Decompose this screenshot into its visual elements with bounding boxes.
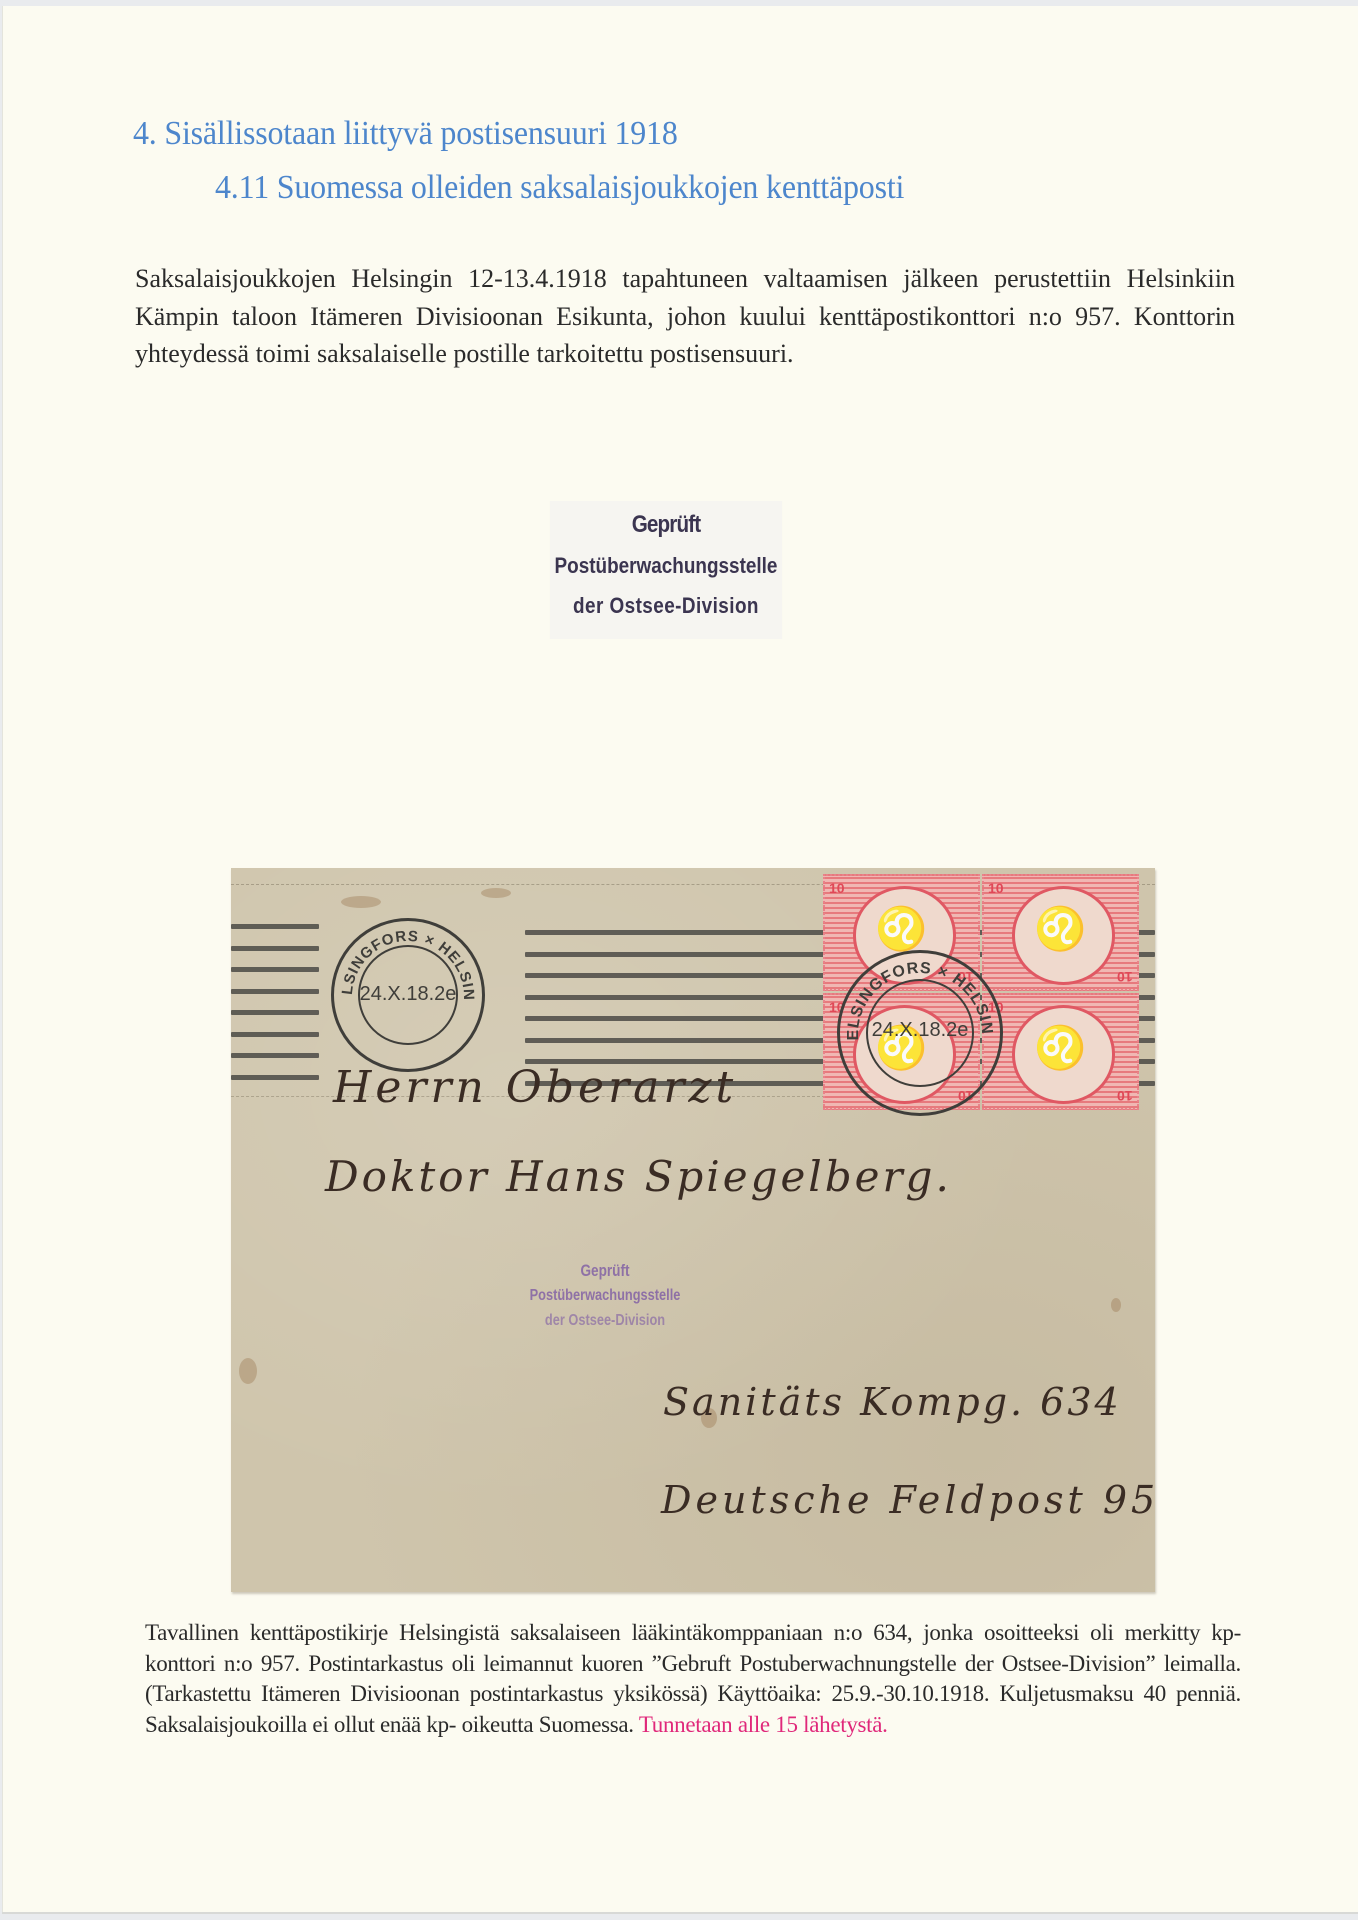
intro-paragraph: Saksalaisjoukkojen Helsingin 12-13.4.191… — [135, 260, 1235, 373]
page-heading: 4. Sisällissotaan liittyvä postisensuuri… — [133, 114, 678, 154]
stain — [341, 896, 381, 908]
address-line-4: Deutsche Feldpost 957. — [661, 1478, 1155, 1522]
censor-mark-line-3: der Ostsee-Division — [509, 1308, 701, 1333]
censor-stamp-line-1: Geprüft — [550, 511, 782, 539]
stamp-denomination: 10 — [988, 880, 1004, 896]
censor-stamp-line-2: Postüberwachungsstelle — [550, 553, 782, 579]
postage-stamp: ♌ 10 10 — [982, 993, 1139, 1110]
postmark-on-stamps: HELSINGFORS × HELSINKI 24.X.18.2e — [837, 950, 1003, 1116]
postmark-left: HELSINGFORS × HELSINKI 24.X.18.2e — [331, 918, 485, 1072]
stamp-denomination: 10 — [1117, 969, 1133, 985]
address-line-1-text: Herrn Oberarzt — [333, 1062, 737, 1113]
lion-coat-of-arms-icon: ♌ — [984, 905, 1137, 954]
page-subheading: 4.11 Suomessa olleiden saksalaisjoukkoje… — [215, 168, 904, 208]
censor-stamp-line-3: der Ostsee-Division — [550, 593, 782, 619]
stain — [481, 888, 511, 898]
censor-mark-line-1: Geprüft — [509, 1258, 701, 1283]
censor-mark: Geprüft Postüberwachungsstelle der Ostse… — [509, 1258, 701, 1333]
envelope-cover: ♌ 10 10 ♌ 10 10 ♌ 10 10 ♌ 10 10 — [231, 868, 1155, 1592]
postage-stamp: ♌ 10 10 — [982, 874, 1139, 991]
address-line-3: Sanitäts Kompg. 634 — [663, 1380, 1122, 1424]
censor-stamp-sample: Geprüft Postüberwachungsstelle der Ostse… — [550, 501, 782, 639]
stamp-denomination: 10 — [829, 880, 845, 896]
address-line-1: Herrn Oberarzt — [333, 1062, 737, 1113]
intro-text: Saksalaisjoukkojen Helsingin 12-13.4.191… — [135, 260, 1235, 373]
postmark-date: 24.X.18.2e — [840, 1019, 1000, 1042]
address-line-2: Doktor Hans Spiegelberg. — [325, 1152, 952, 1201]
censor-mark-line-2: Postüberwachungsstelle — [509, 1283, 701, 1308]
machine-cancel-lines — [231, 924, 319, 1096]
stain — [1111, 1298, 1121, 1312]
caption: Tavallinen kenttäpostikirje Helsingistä … — [145, 1618, 1241, 1740]
lion-coat-of-arms-icon: ♌ — [825, 905, 978, 954]
caption-highlight: Tunnetaan alle 15 lähetystä. — [639, 1712, 888, 1737]
caption-paragraph: Tavallinen kenttäpostikirje Helsingistä … — [145, 1618, 1241, 1740]
postmark-date: 24.X.18.2e — [334, 983, 482, 1006]
stain — [239, 1358, 257, 1384]
album-page: 4. Sisällissotaan liittyvä postisensuuri… — [2, 6, 1358, 1912]
stamp-denomination: 10 — [1117, 1088, 1133, 1104]
lion-coat-of-arms-icon: ♌ — [984, 1024, 1137, 1073]
